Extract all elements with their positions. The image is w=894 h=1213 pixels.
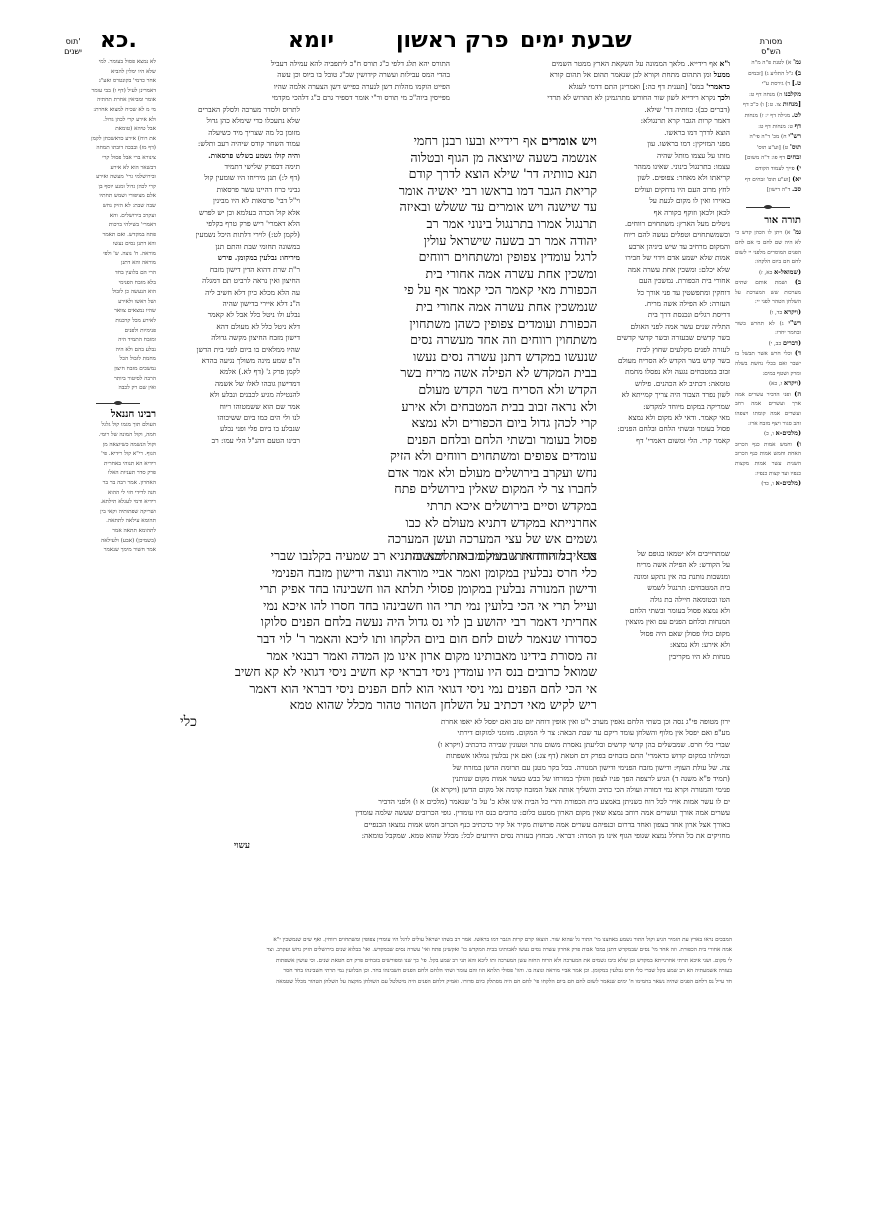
masoret-list: גמ' א) לטנת פ"ה מ"הב) ג"ל התליע ג) [זכמי…: [735, 58, 801, 196]
rashi-commentary-column: (דברים כב): כוותיה דר' שילא.דאמר קרות הג…: [603, 104, 730, 446]
gemara-line: גשמים אש של עצי המערכה ועשן המערכה: [305, 531, 597, 548]
chananel-line: אמה אחורי בית הכפורת. וזה אחד מי' נסים ש…: [68, 945, 732, 955]
torah-or-line: (דברים כב, י): [735, 339, 801, 350]
gemara-line: הכפורת מאי קאמר הכי קאמר אף על פי: [305, 282, 597, 299]
tosafot-line: מיריחו: נבלעין במקומן. פירש: [160, 252, 300, 263]
gemara-line: הקדש ולא הסריח בשר הקדש מעולם: [305, 382, 597, 399]
torah-or-line: ד) וכלי חרש אשר תבשל בו ישבר ואם בכלי נח…: [735, 349, 801, 379]
torah-or-list: גמ' א) ויתן לו הכהן קדש כי לא היה שם לחם…: [735, 228, 801, 489]
rashi-line: שמתחייבים ולא יטמאו בגופם של: [603, 548, 730, 559]
tosafot-line: לנו ולי הים כמו ביום ששיכוהו: [160, 412, 300, 423]
tosafot-yeshanim-line: פנימיות ולפנים: [80, 327, 156, 337]
tosafot-yeshanim-line: קרי לכהן גדול ומנע יוסף בן: [80, 183, 156, 193]
tosafot-yeshanim-lines: לא נמצא פסול בעומר. למישלא היו ימלין להב…: [80, 58, 156, 394]
tosafot-line: דלא ניטל כלל לא מעולם דהא: [160, 321, 300, 332]
tosafot-line: ר"ת שרת דהוא הדין דישון מזבח: [160, 264, 300, 275]
masoret-line: תוס' ט) [וע"ע תוס': [735, 143, 801, 154]
torah-or-line: ב) ושמת אותם שתים מערכות שש המערכת על הש…: [735, 278, 801, 308]
tosafot-line: שלא נתעכלו כדי שימלא כהן גדול: [160, 115, 300, 126]
masoret-line: רש"י ח) מכ' ד"ה פי"ה: [735, 132, 801, 143]
gemara-line: אחרנייתא במקדש דתניא מעולם לא כבו: [305, 515, 597, 532]
rashi-line: ומנשבות נותנת בה אין נתקע ומונה: [603, 571, 730, 582]
tosafot-yeshanim-line: ושל ראשו ולאירע: [80, 298, 156, 308]
rabbeinu-chananel-lines: העולם תוך מגמו קול גלגלחמה, וקול המונה ש…: [80, 421, 156, 555]
gemara-line: ולא נראה זבוב בבית המטבחים ולא אירע: [305, 399, 597, 416]
chananel-line: בעזרה אשמעתיה הא רב שמע בקל שברי כלי חרס…: [68, 966, 732, 976]
chananel-line: חמה, וקול המונה של רומי.: [80, 431, 156, 441]
rashi-line: לשון נפרד הצבור היה צריך קמייתא לא: [603, 389, 730, 400]
tosafot-line: במשונה תחומי שבת והתם תנן: [160, 241, 300, 252]
tosafot-yeshanim-line: דאמרי' בשילהי ברכות: [80, 221, 156, 231]
gemara-line: תרנגול אמרו בתרנגול בינוני אמר רב: [305, 216, 597, 233]
rashi-line: לחץ מרוב העם היו נדחקים ועולים: [603, 184, 730, 195]
tosafot-line: וי"ל דבי' פרסאות לא היו מבינין: [160, 195, 300, 206]
tosafot-line: החיצון ואין נראה לרביט תם דמגלה: [160, 275, 300, 286]
rashi-line: ולכך נקרא רידייא לשון שור החורש מתרגמינן…: [460, 92, 730, 103]
gemara-line: ודישון המנורה נבלעין במקומן פסולי תלתא ה…: [160, 581, 597, 598]
rashi-line: הוצא לדרך דמו בראשו.: [603, 127, 730, 138]
rashi-line: וכשמשתחוים וטפלים נעשה להם ריוח: [603, 229, 730, 240]
rashi-line: מאי קאמר. ודאי לא מקום ולא נמצא: [603, 412, 730, 423]
tosafot-yeshanim-line: ועקרב בירושלים. והא: [80, 212, 156, 222]
gemara-line: ועייל תרי אי הכי בלועין נמי תרי הוו חשבי…: [160, 598, 597, 615]
rabbeinu-chananel-bottom: המבכים נראו בארץ עת הזמיר הגיע וקול התור…: [68, 935, 732, 987]
rashi-line: הטו ובטומאה חיילה בת גולה: [603, 594, 730, 605]
chananel-line: העולם תוך מגמו קול גלגל: [80, 421, 156, 431]
tosafot-top-lines: התורס יהא תלג דלפי כ"ג תורס ח"כ ליתפביה …: [160, 58, 450, 104]
tosafot-yeshanim-line: והא דתנן נסים נעשו: [80, 240, 156, 250]
tosafot-yeshanim-line: דאמרינן לעיל (דף ו) בבי עומר: [80, 87, 156, 97]
tosafot-yeshanim-line: אחר כדמי' בקונטרס ואע"ג: [80, 77, 156, 87]
tosafot-top: התורס יהא תלג דלפי כ"ג תורס ח"כ ליתפביה …: [160, 58, 450, 104]
tosafot-yeshanim-line: מוראה. ח' נוצה. ש' ולפי: [80, 250, 156, 260]
gemara-line: אנשמה בשעה שיוצאה מן הגוף ובטלוה: [305, 150, 597, 167]
folio-number: כא.: [100, 28, 137, 53]
rashi-line: בית המטבחים: תרנגול לשמש: [603, 582, 730, 593]
rashi-line: קריאתו ולא מאחר: צפופים. לשון: [603, 172, 730, 183]
tosafot-yeshanim-line: הרי הם בלועין בחד: [80, 269, 156, 279]
rashi-line: דאמר קרות הגבר קרא תרנגולא:: [603, 115, 730, 126]
tosafot-yeshanim-line: נבלע בהם ולא היה: [80, 346, 156, 356]
rashi-continuation: שמתחייבים ולא יטמאו בגופם שלעל הקודש: לא…: [603, 548, 730, 662]
tosafot-line: (דף ל:) תנן מיריחו היו שומעין קול: [160, 172, 300, 183]
masoret-line: זבחים דף פו: ד"ה משום]: [735, 153, 801, 164]
torah-or-line: (מלכים-א ו, כד): [735, 479, 801, 490]
masoret-line: י) פייך לעמוד הקודם: [735, 164, 801, 175]
masoret-line: יא) [וע"ע תוס' זבחים דף: [735, 175, 801, 186]
gemara-line: עומדים צפופים ומשתחוים רווחים ולא הזיק: [305, 448, 597, 465]
chananel-line: אמר חשור מימך שנאמר: [80, 546, 156, 556]
rashi-line: באוירו ואין לו מקום לגעת על: [603, 195, 730, 206]
rashi-commentary: ו"א אף רידייא. מלאך הממונה על השקאת הארץ…: [460, 58, 730, 104]
tosafot-line: עמוד השחר קודס שיהיה רעב ותלש:: [160, 138, 300, 149]
rashi-line: המנחות ובלחם הפנים עם ואין מוצאין: [603, 616, 730, 627]
gemara-line: במקדש וסיים בירושלים איכא תרתי: [305, 498, 597, 515]
rashi-line: פסול בעומר ובשתי הלחם ובלחם הפנים:: [603, 423, 730, 434]
tosafot-line: אלא קול הכרה בעלמא וכן יש לפרש: [160, 207, 300, 218]
chapter-name: שבעת ימים: [520, 28, 632, 53]
masoret-line: [מנחות צו. ט:] ו) כ"כ דף: [735, 100, 801, 111]
masoret-line: ב) ג"ל התליע ג) [זכמים: [735, 69, 801, 80]
rashi-line: מנחות לא היו מקריבין: [603, 651, 730, 662]
tosafot-yeshanim-line: ומזבח התמיד היה: [80, 336, 156, 346]
lower-catchword: עשוי: [160, 841, 730, 852]
tosafot-yeshanim-line: שהיו נמצאים צוואר: [80, 307, 156, 317]
tosafot-yeshanim: לא נמצא פסול בעומר. למישלא היו ימלין להב…: [80, 58, 156, 556]
label-line: מסורת: [746, 37, 796, 47]
tosafot-yeshanim-line: את רוח) אירע כדאשכחן לקמן: [80, 135, 156, 145]
tosafot-line: מפייסין ביוה"כ מי תורס ור"י אומר דספיר ג…: [160, 92, 450, 103]
chananel-line: ושריקה שפתותיה וקאי בין: [80, 508, 156, 518]
gemara-line: לחברו צר לי המקום שאלין בירושלים פתח: [305, 481, 597, 498]
chananel-line: הגוף. רי"א קול רידיא. פי': [80, 450, 156, 460]
rashi-line: התליה שנים עשר אמה לפני האולם: [603, 321, 730, 332]
tosafot-yeshanim-line: שבה שבת: לא הזיק נחש: [80, 202, 156, 212]
tosafot-line: גביני כרוז דהיינו עשר פרסאות: [160, 184, 300, 195]
gemara-line: בבית המקדש לא הפילה אשה מריח בשר: [305, 365, 597, 382]
gemara-line: אחריתי דאמר רבי יהושע בן לוי נס גדול היה…: [160, 614, 597, 631]
tosafot-line: הפייט הוקמו מהלות דשן לנערה כפייש דשן הצ…: [160, 81, 450, 92]
rashi-line: אמות שלא ישמע אדם וידוי של חבירו: [603, 252, 730, 263]
tosafot-lines: לתרוס ולסדר מערכה ולסלק האבריםשלא נתעכלו…: [160, 104, 300, 446]
rashi-line: העזרה: לא הפילה אשה מריח.: [603, 298, 730, 309]
rashi-line: ניטלים מעל הארץ: משתחוים רווחים.: [603, 218, 730, 229]
tosafot-yeshanim-line: אומר ומביאין אחרת תחתיה: [80, 96, 156, 106]
gemara-line: הכפורת ועומדים צפופין כשהן משתחוין: [305, 316, 597, 333]
commentary-line: ירון מטופה פי"ג נסה וכן בשתי הלחם נאפין …: [160, 716, 730, 727]
tosafot-yeshanim-line: לאירע מכל קרבנות: [80, 317, 156, 327]
rashi-line: בשר קדשים שבעזרה ובשר קדשי קדשים: [603, 332, 730, 343]
gemara-line: קריאת הגבר דמו בראשו רבי יאשיה אומר: [305, 183, 597, 200]
tractate-name: יומא: [288, 28, 334, 53]
commentary-line: פנימי והמנורה וקרא נמי דמורה ועולה הכי כ…: [160, 784, 730, 795]
tosafot-line: ה"פ שמע מינה משולך נגיעה בהדא: [160, 355, 300, 366]
torah-or-line: ו) וחמש אמות כנף הכרוב האחת וחמש אמות כנ…: [735, 440, 801, 479]
tosafot-yeshanim-line: מי מ לא שכיח למצוא אחרת:: [80, 106, 156, 116]
chananel-line: חנה לדידי חזי לי ההוא: [80, 489, 156, 499]
gemara-line: בו אין מזיזות אותו ממקומו ותו ליכא והתני…: [160, 548, 597, 565]
rashi-line: לעזרה לפנים מקלעים שחוץ לבית: [603, 344, 730, 355]
chananel-line: תהומא עילאה לתתאה.: [80, 517, 156, 527]
tosafot-commentary: לתרוס ולסדר מערכה ולסלק האבריםשלא נתעכלו…: [160, 104, 300, 446]
tosafot-line: בהדי המס עבילות ועשרה קידושין שכ"ג טובל …: [160, 69, 450, 80]
torah-or-line: (שמואל-א כא, ז): [735, 268, 801, 279]
commentary-line: מחזיקים את כל החלל נמצא שגופי הגוף אינו …: [160, 830, 730, 841]
chananel-line: (בשמיכן) (אבע) ולעילאה: [80, 537, 156, 547]
gemara-line: שנמשכין אחת עשרה אמה אחורי בית: [305, 299, 597, 316]
tosafot-line: הלא דאמרי' ריש פרק טרף בקלפי: [160, 218, 300, 229]
gemara-line: תנא כוותיה דר' שילא הוצא לדרך קודם: [305, 166, 597, 183]
rashi-line: על הקודש: לא הפילה אשה מריח: [603, 559, 730, 570]
tosafot-line: לתרוס ולסדר מערכה ולסלק האברים: [160, 104, 300, 115]
chananel-line: רידיא הא תנוהי באחרית: [80, 460, 156, 470]
tosafot-yeshanim-line: נמשכים מזבח חיצון: [80, 365, 156, 375]
rashi-line: והמקום מרחיב עד שיש ביניהן ארבע: [603, 241, 730, 252]
tosafot-line: אמר שם הוא ששמטוהו ריוח: [160, 401, 300, 412]
tosafot-yeshanim-line: אלם מציפורי ושמש תחתיו: [80, 192, 156, 202]
gemara-line: זה מסורת בידינו מאבותינו מקום ארון אינו …: [160, 648, 597, 665]
masoret-line: לט. מגילה דף י: ז) מנחות: [735, 111, 801, 122]
masoret-line: ט.] ד) גירסת ע"י: [735, 79, 801, 90]
chananel-line: לי מקום. ושני איכא תרתי אחרנייתא במקדש ו…: [68, 956, 732, 966]
ornament-divider: [80, 400, 156, 408]
tosafot-yeshanim-line: הרבה לסיטור ביותר: [80, 375, 156, 385]
chananel-line: המבכים נראו בארץ עת הזמיר הגיע וקול התור…: [68, 935, 732, 945]
tosafot-yeshanim-line: הוא הנעשה כן לזבול: [80, 288, 156, 298]
label-line: הש"ס: [746, 47, 796, 57]
rabbeinu-chananel-title: רבינו חננאל: [80, 410, 156, 420]
torah-or-line: ה) ופני הדביר עשרים אמה ארך ועשרים אמה ר…: [735, 390, 801, 429]
gemara-line: משתחוין רווחים וזה אחד מעשרה נסים: [305, 332, 597, 349]
commentary-line: ים לו עשר אמות אויר לכל רוח כשניתן באמצע…: [160, 796, 730, 807]
chananel-line: וקול הנשמה כשיוצאה מן: [80, 441, 156, 451]
gemara-line: לרגל עומדין צפופין ומשתחוים רווחים: [305, 249, 597, 266]
tosafot-yeshanim-line: ולא אירע קרי לכהן גדול.: [80, 116, 156, 126]
rabbeinu-chananel-wide-lines: המבכים נראו בארץ עת הזמיר הגיע וקול התור…: [68, 935, 732, 987]
gemara-text-wide: בו אין מזיזות אותו ממקומו ותו ליכא והתני…: [160, 548, 597, 731]
tosafot-line: רבינו הטעם דהנ"ל הלי עמו: רב: [160, 435, 300, 446]
commentary-line: ובמילתו במקום קדוש כדאמרי' התם בזבחים בפ…: [160, 750, 730, 761]
rashi-line: מותו על עצמו מותל שהיה: [603, 150, 730, 161]
masoret-line: מקלבנו ה) מנחה דף ט:: [735, 90, 801, 101]
masoret-hashas: גמ' א) לטנת פ"ה מ"הב) ג"ל התליע ג) [זכמי…: [735, 58, 801, 490]
commentary-line: שברי כלי חרס. שמבשלים בהן קדשי קדשים ובל…: [160, 739, 730, 750]
gemara-line: כסדורו שנאמר לשום לחם חום ביום הלקחו ותו…: [160, 631, 597, 648]
gemara-line: קרי לכהן גדול ביום הכפורים ולא נמצא: [305, 415, 597, 432]
gemara-line: שמואל כרובים בנס היו עומדין ניסי דבראי ק…: [160, 664, 597, 681]
rashi-line: ולא נמצא פסול בעומר ובשתי הלחם: [603, 605, 730, 616]
rashi-line: ו"א אף רידייא. מלאך הממונה על השקאת הארץ…: [460, 58, 730, 69]
tosafot-yeshanim-line: מחמת לזבול הכל: [80, 355, 156, 365]
chapter-number: פרק ראשון: [396, 28, 509, 53]
rashi-line: אחורי בית הכפורת. נמשכין העם: [603, 275, 730, 286]
rashi-line: דריסת רגלים ונכנסת דרך בית: [603, 309, 730, 320]
rashi-line: ממעל ומן התהום מתחת וקורא לכן שנאמר תהום…: [460, 69, 730, 80]
gemara-line: יהודה אמר רב בשעה שישראל עולין: [305, 233, 597, 250]
rashi-lines: (דברים כב): כוותיה דר' שילא.דאמר קרות הג…: [603, 104, 730, 446]
tosafot-line: ה"נ דלא איירי בדישון שהיה: [160, 298, 300, 309]
rashi-line: טומאה: דכתיב לא הכהנים. פילוש: [603, 378, 730, 389]
chananel-line: פרק סדר תעניות האלו: [80, 469, 156, 479]
torah-or-line: גמ' א) ויתן לו הכהן קדש כי לא היה שם לחם…: [735, 228, 801, 267]
tosafot-yeshanim-line: שלא היו ימלין להביא: [80, 68, 156, 78]
tosafot-yeshanim-label: תוס' ישנים: [58, 37, 88, 57]
commentary-line: מע"פ ואם יפסל אין מלוף והשלחן עומד ריקם …: [160, 727, 730, 738]
gemara-line: ריש לקיש מאי דכתיב על השלחן הטהור טהור מ…: [160, 697, 597, 714]
tosafot-yeshanim-line: (דף מז) ובבכה דובתו תמחה: [80, 144, 156, 154]
masoret-line: גמ' א) לטנת פ"ה מ"ה: [735, 58, 801, 69]
rashi-line: ולא אירע: ולא נמצא:: [603, 639, 730, 650]
tosafot-line: מזומן כל מה שצריך מיד כשיעלה: [160, 127, 300, 138]
ornament-divider: [735, 204, 801, 212]
tosafot-line: תימה דבפרק שלישי דתמיד: [160, 161, 300, 172]
rashi-line: שמריקה במקום מיוחד למקדש:: [603, 401, 730, 412]
torah-or-title: תורה אור: [735, 216, 801, 226]
torah-or-line: רש"י ג) לא תחרש בשור ובחמר יחדו:: [735, 319, 801, 339]
tosafot-yeshanim-line: בלא מזבח הפנימי: [80, 279, 156, 289]
tosafot-line: והיה קולו נשמע בשלש פרסאות.: [160, 150, 300, 161]
rashi-line: לכאן ולכאן וזוקף כקורה אף: [603, 207, 730, 218]
lower-lines: ירון מטופה פי"ג נסה וכן בשתי הלחם נאפין …: [160, 716, 730, 841]
gemara-line: נחש ועקרב בירושלים מעולם ולא אמר אדם: [305, 465, 597, 482]
rashi-cont-lines: שמתחייבים ולא יטמאו בגופם שלעל הקודש: לא…: [603, 548, 730, 662]
tosafot-yeshanim-line: דבשאר הוא לא אירע: [80, 164, 156, 174]
rashi-line: מפני המזיקין: דמו בראשו. עון: [603, 138, 730, 149]
commentary-line: עשרים אמה אורך ועשרים אמה רוחב נמצא שאין…: [160, 807, 730, 818]
tosafot-yeshanim-line: פתח במקדש. ואם תאמר: [80, 231, 156, 241]
gemara-line: שנעשו במקדש דתנן עשרה נסים נעשו: [305, 349, 597, 366]
gemara-wide-lines: בו אין מזיזות אותו ממקומו ותו ליכא והתני…: [160, 548, 597, 714]
gemara-line: ויש אומרים אף רידייא ובעו רבנן רחמי: [305, 133, 597, 150]
commentary-line: (תמיד פ"א משנה ד) הגיע לרצפה הפך פניו לצ…: [160, 773, 730, 784]
gemara-line: עד שישנה ויש אומרים עד ששלש ובאיזה: [305, 199, 597, 216]
gemara-text: ויש אומרים אף רידייא ובעו רבנן רחמיאנשמה…: [305, 133, 597, 564]
chananel-line: לתהומא תתאה אמר: [80, 527, 156, 537]
gemara-lines: ויש אומרים אף רידייא ובעו רבנן רחמיאנשמה…: [305, 133, 597, 564]
masoret-hashas-label: מסורת הש"ס: [746, 37, 796, 57]
torah-or-line: (מלכים-א ו, כ): [735, 429, 801, 440]
gemara-line: אי הכי לחם הפנים נמי ניסי דגואי הוא לחם …: [160, 681, 597, 698]
chananel-line: רידיא ודמי לעגלא תילתא.: [80, 498, 156, 508]
rashi-line: דוחקין ומתפשטין עד פני אורך כל: [603, 287, 730, 298]
tosafot-line: שנבלע בו ביום פלי ופני נבלע: [160, 423, 300, 434]
chananel-line: האחרון. אמר רבה בר בר: [80, 479, 156, 489]
rashi-line: זבוב במטבחים נגעה ולא נפסלו מחמת: [603, 366, 730, 377]
commentary-line: צה. של עולת העוף: ודישון מזבח הפנימי ודי…: [160, 762, 730, 773]
gemara-line: ומשכין אחת עשרה אמה אחורי בית: [305, 266, 597, 283]
rashi-line: עצמו: בתרנגול בינוני. שאינו ממהר: [603, 161, 730, 172]
commentary-line: באורך אצל ארון אחד בצפון ואחד בדרום וכנפ…: [160, 819, 730, 830]
torah-or-line: (ויקרא כד, ו): [735, 308, 801, 319]
label-line: תוס': [58, 37, 88, 47]
lower-commentary: ירון מטופה פי"ג נסה וכן בשתי הלחם נאפין …: [160, 716, 730, 853]
label-line: ישנים: [58, 47, 88, 57]
tosafot-yeshanim-line: מוראה והא דתנן: [80, 259, 156, 269]
chananel-line: חד עייל נס דלחם הפנים שהיה נשאר בחמימו ח…: [68, 977, 732, 987]
tosafot-line: (לקמן לט:) לוירי דלתות היכל נשמעין: [160, 229, 300, 240]
tosafot-line: נבלע ולו ניטל כלל אבל לא קאמר: [160, 309, 300, 320]
masoret-line: דף ט: מנחות דף ט:: [735, 122, 801, 133]
tosafot-yeshanim-line: אבל טיהא (טומאת: [80, 125, 156, 135]
tosafot-yeshanim-line: צינורא ברי אבל פסול קרי: [80, 154, 156, 164]
tosafot-line: דישון מזבח החיצון מקשה גדולה: [160, 332, 300, 343]
torah-or-line: (ויקרא ו, כא): [735, 379, 801, 390]
rashi-line: בשר קדש בשר הקדש לא הסריח מעולם: [603, 355, 730, 366]
rashi-top-lines: ו"א אף רידייא. מלאך הממונה על השקאת הארץ…: [460, 58, 730, 104]
tosafot-line: עה הלא מכלא כיון דלא חשיב ליה: [160, 287, 300, 298]
tosafot-line: התורס יהא תלג דלפי כ"ג תורס ח"כ ליתפביה …: [160, 58, 450, 69]
rashi-line: קאמר קרי. הלי ומשום דאמרי' דף: [603, 435, 730, 446]
rashi-line: שלא יכלם: ומשכין אחת עשרה אמה: [603, 264, 730, 275]
gemara-line: פסול בעומר ובשתי הלחם ובלחם הפנים: [305, 432, 597, 449]
tosafot-yeshanim-line: לא נמצא פסול בעומר. למי: [80, 58, 156, 68]
tosafot-yeshanim-line: ואין שם רק לכבה: [80, 384, 156, 394]
tosafot-line: שהיו ממלאים בו ביום לפני בית הדשן: [160, 344, 300, 355]
tosafot-line: דמדישון גובהו לאלו של אשמה: [160, 378, 300, 389]
rashi-line: (דברים כב): כוותיה דר' שילא.: [603, 104, 730, 115]
rashi-line: מקום כולו פסולן שאם היה פסול: [603, 628, 730, 639]
tosafot-yeshanim-line: ובירושלמי גרי' מעשה ואירע: [80, 173, 156, 183]
gemara-line: כלי חרס נבלעין במקומן ואמר אביי מוראה ונ…: [160, 565, 597, 582]
tosafot-line: להנטילה מגיע לכבנים ונבלע ולא: [160, 389, 300, 400]
rashi-line: כדאמרי' במס' [תענית דף כה:] ואמרינן התם …: [460, 81, 730, 92]
tosafot-line: לקמן פרק ג' (דף לא.) אלמא: [160, 366, 300, 377]
masoret-line: סב. ד"ה דישון]: [735, 185, 801, 196]
